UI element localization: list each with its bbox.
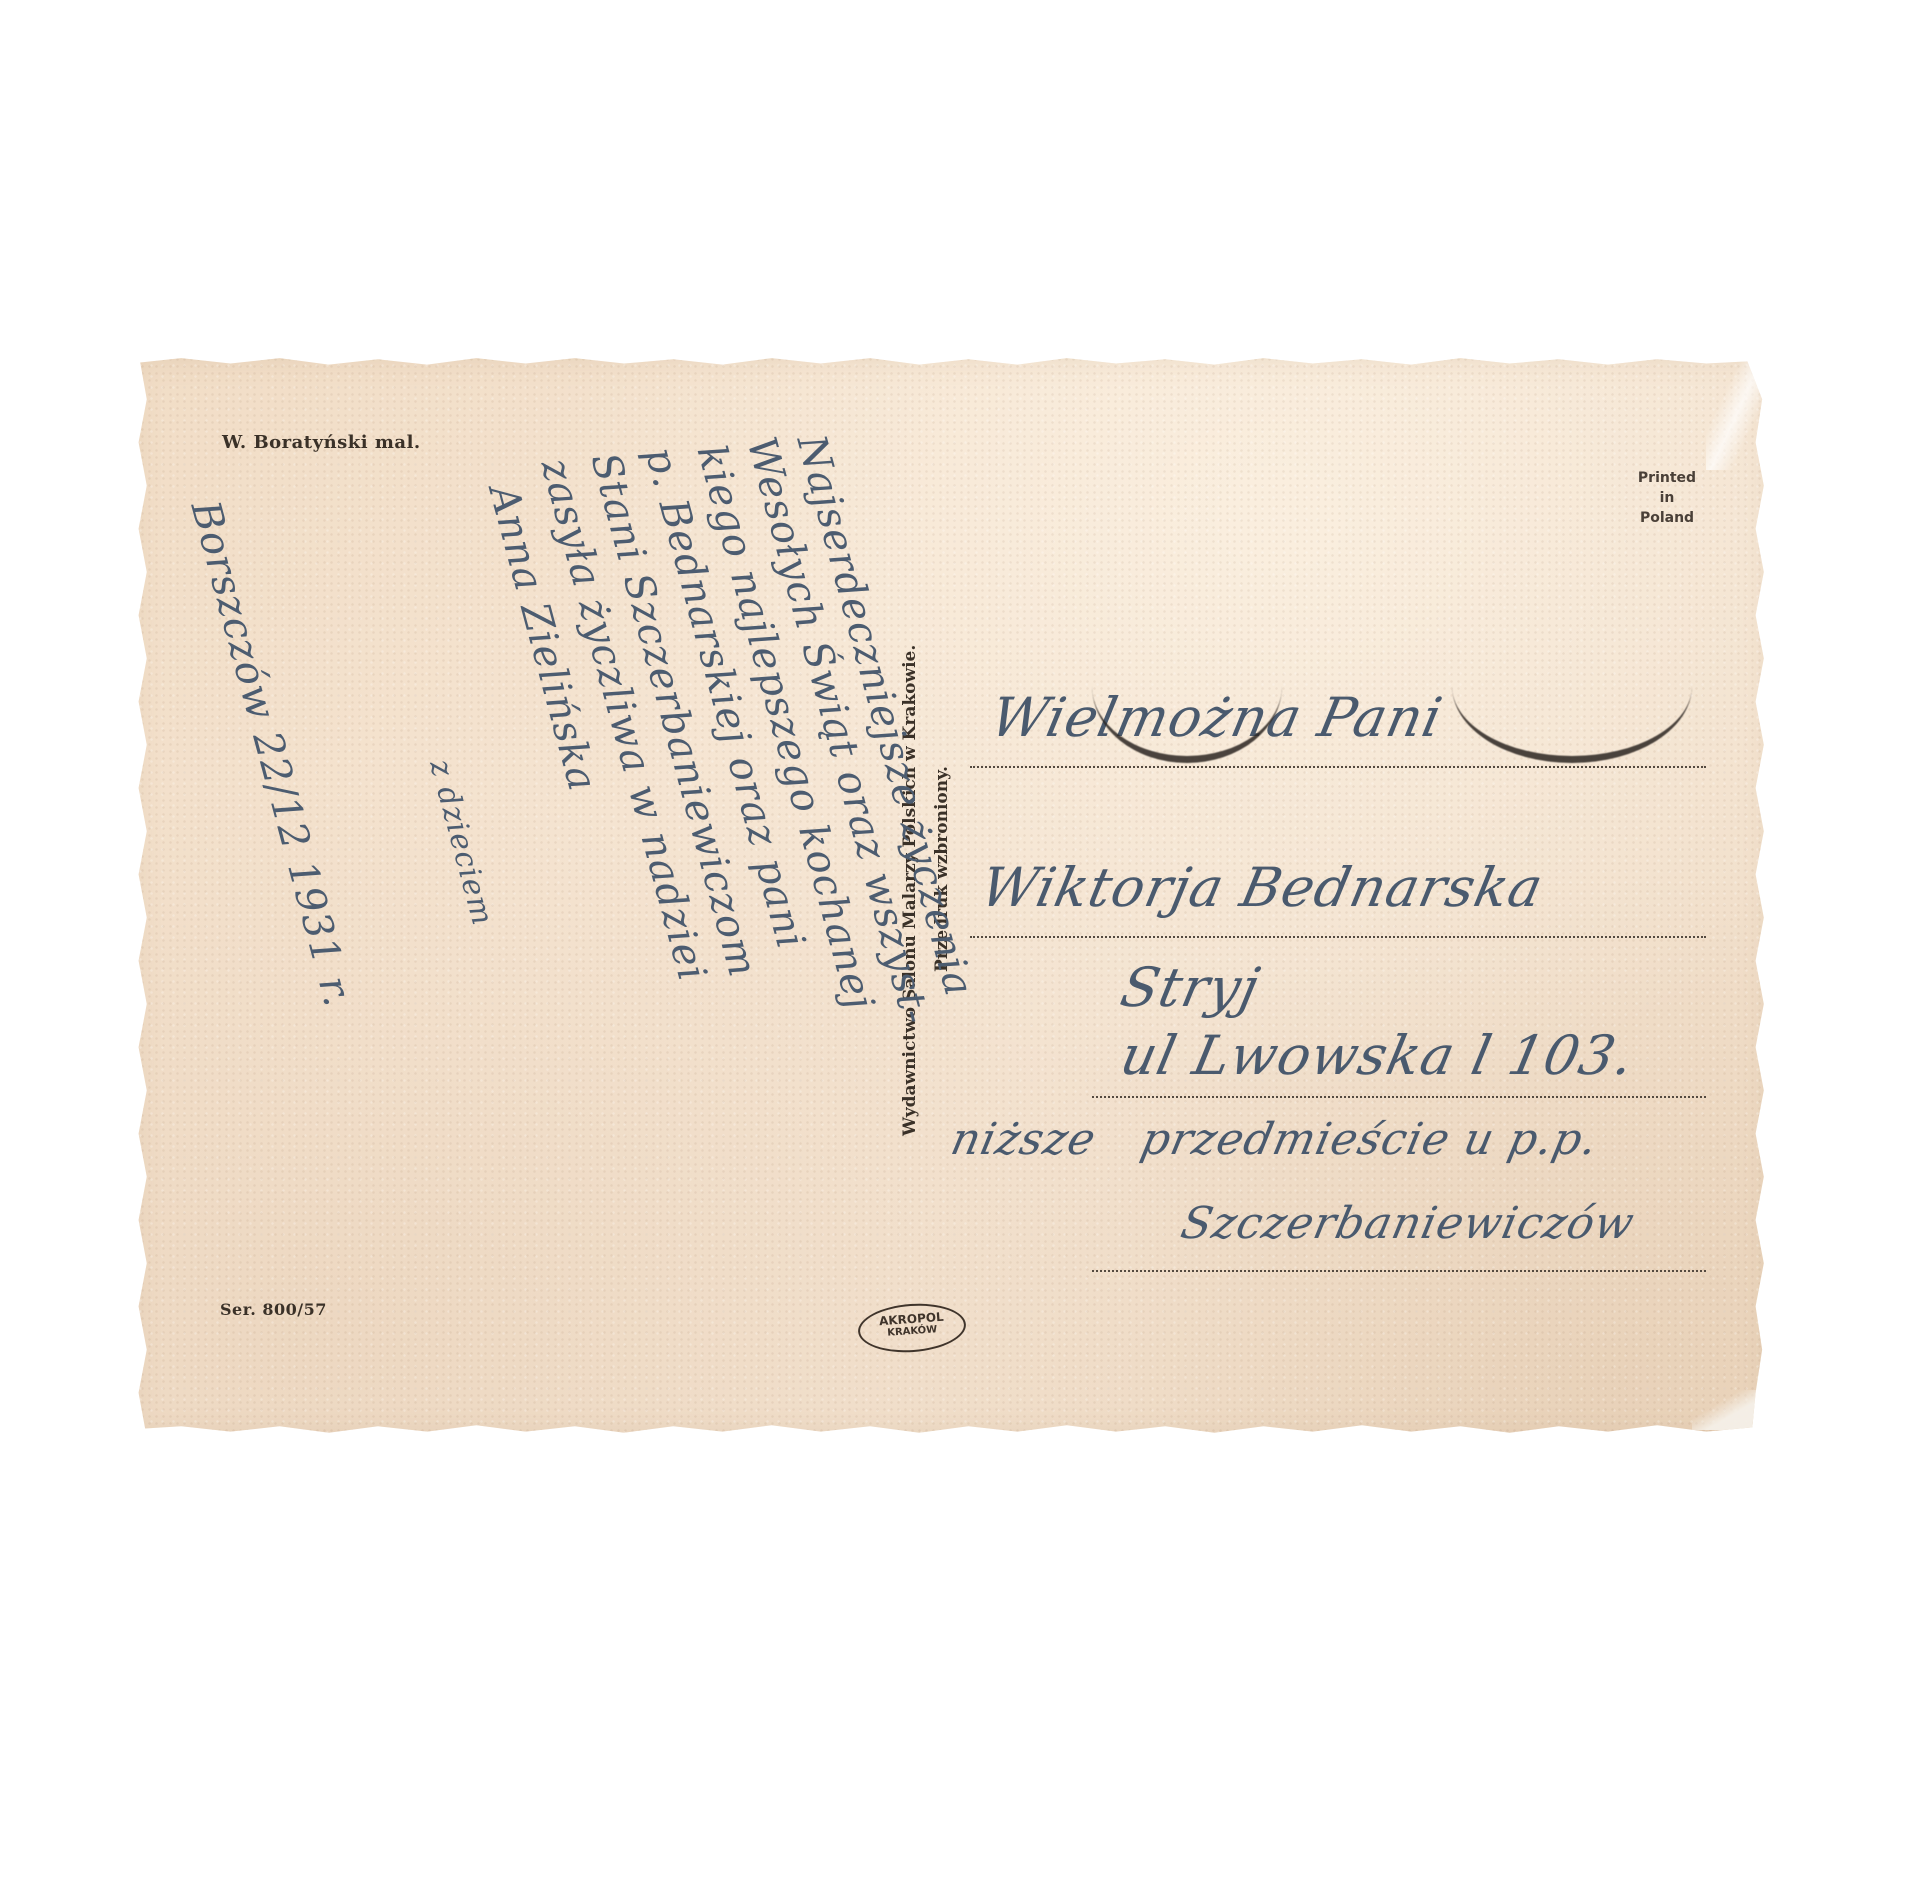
address-line-3	[1092, 1096, 1706, 1098]
address-city: Stryj	[1115, 956, 1265, 1019]
address-name: Wiktorja Bednarska	[975, 856, 1549, 919]
postmark-arc-right	[1452, 686, 1692, 763]
address-district: przedmieście u p.p.	[1137, 1114, 1603, 1165]
address-line-4	[1092, 1270, 1706, 1272]
printed-in-line-2: in	[1622, 488, 1712, 508]
artist-credit: W. Boratyński mal.	[222, 432, 421, 453]
printed-in-line-1: Printed	[1622, 468, 1712, 488]
postmark-arc-left	[1092, 686, 1282, 763]
address-district-prefix: niższe	[947, 1114, 1101, 1165]
postcard: W. Boratyński mal. Ser. 800/57 Printed i…	[132, 356, 1772, 1436]
printed-in-line-3: Poland	[1622, 508, 1712, 528]
address-street: ul Lwowska l 103.	[1115, 1024, 1640, 1087]
corner-crease	[1706, 360, 1766, 470]
series-number: Ser. 800/57	[220, 1300, 327, 1319]
akropol-printer-mark: AKROPOL KRAKÓW	[856, 1300, 967, 1355]
printed-in-poland: Printed in Poland	[1622, 468, 1712, 528]
corner-wear	[1692, 1390, 1762, 1430]
message-line-9: Borszczów 22/12 1931 r.	[182, 496, 361, 1012]
address-line-2	[970, 936, 1706, 938]
address-care-of: Szczerbaniewiczów	[1177, 1198, 1640, 1249]
message-line-8: z dzieciem	[422, 756, 500, 930]
address-line-1	[970, 766, 1706, 768]
